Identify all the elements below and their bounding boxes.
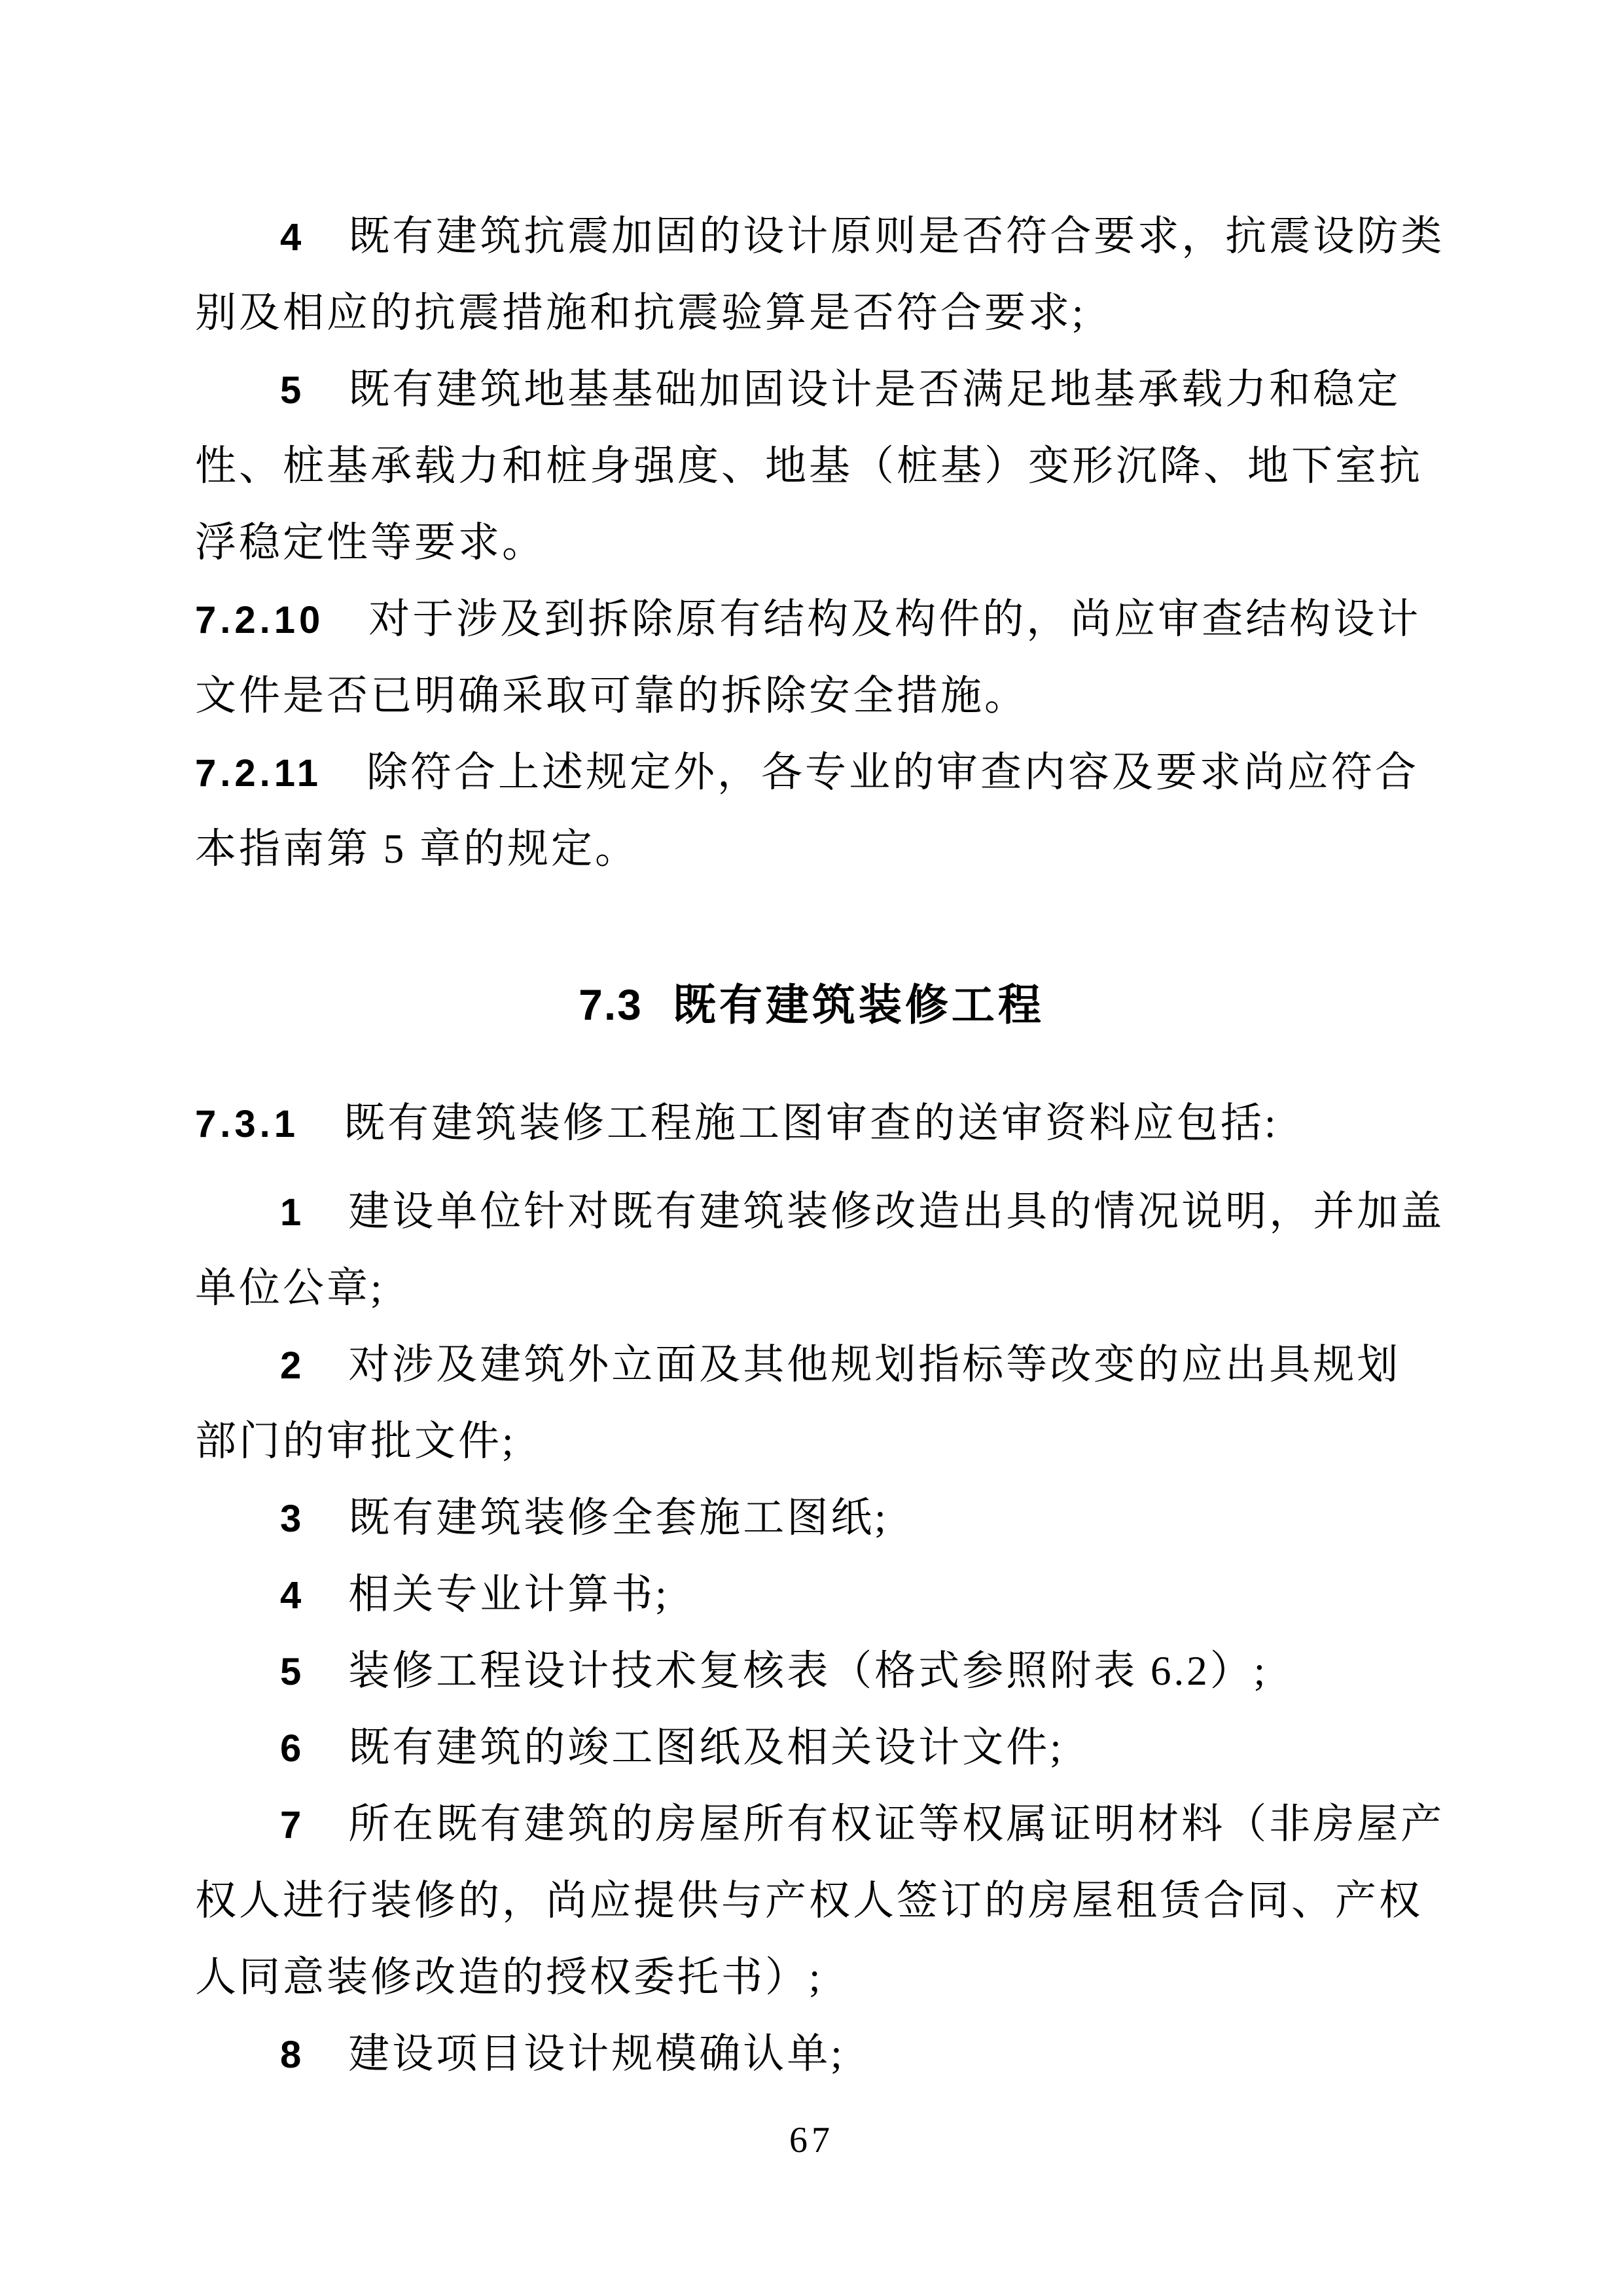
clause-item-5-line-3: 浮稳定性等要求。: [195, 522, 546, 564]
list-item-7-line-2: 权人进行装修的，尚应提供与产权人签订的房屋租赁合同、产权: [195, 1880, 1423, 1922]
item-number: 4: [280, 1577, 301, 1615]
page-number: 67: [0, 2122, 1623, 2159]
line-text: 人同意装修改造的授权委托书）;: [195, 1954, 823, 2000]
list-item-1-line-2: 单位公章;: [195, 1268, 385, 1309]
list-item-2-line-2: 部门的审批文件;: [195, 1421, 516, 1462]
list-item-2-line-1: 2对涉及建筑外立面及其他规划指标等改变的应出具规划: [280, 1344, 1400, 1386]
line-text: 对涉及建筑外立面及其他规划指标等改变的应出具规划: [348, 1342, 1400, 1388]
item-number: 4: [280, 219, 301, 257]
item-number: 5: [280, 1653, 301, 1691]
clause-item-5-line-1: 5既有建筑地基基础加固设计是否满足地基承载力和稳定: [280, 369, 1400, 410]
line-text: 浮稳定性等要求。: [195, 520, 546, 565]
line-text: 除符合上述规定外，各专业的审查内容及要求尚应符合: [366, 749, 1419, 795]
section-heading-title: 既有建筑装修工程: [673, 980, 1044, 1029]
line-text: 建设项目设计规模确认单;: [348, 2031, 845, 2077]
line-text: 性、桩基承载力和桩身强度、地基（桩基）变形沉降、地下室抗: [195, 443, 1423, 489]
list-item-7-line-1: 7所在既有建筑的房屋所有权证等权属证明材料（非房屋产: [280, 1804, 1444, 1845]
clause-number: 7.3.1: [195, 1105, 299, 1143]
item-number: 6: [280, 1730, 301, 1768]
list-item-5: 5装修工程设计技术复核表（格式参照附表 6.2）;: [280, 1651, 1268, 1692]
list-item-8: 8建设项目设计规模确认单;: [280, 2034, 845, 2075]
line-text: 装修工程设计技术复核表（格式参照附表 6.2）;: [348, 1648, 1268, 1694]
document-page: 4既有建筑抗震加固的设计原则是否符合要求，抗震设防类 别及相应的抗震措施和抗震验…: [0, 0, 1623, 2296]
item-number: 2: [280, 1347, 301, 1385]
line-text: 既有建筑抗震加固的设计原则是否符合要求，抗震设防类: [348, 213, 1444, 259]
line-text: 既有建筑的竣工图纸及相关设计文件;: [348, 1725, 1064, 1770]
clause-number: 7.2.11: [195, 755, 322, 793]
line-text: 建设单位针对既有建筑装修改造出具的情况说明，并加盖: [348, 1189, 1444, 1234]
section-heading: 7.3既有建筑装修工程: [0, 983, 1623, 1026]
clause-7-2-10-line-2: 文件是否已明确采取可靠的拆除安全措施。: [195, 675, 1028, 717]
line-text: 文件是否已明确采取可靠的拆除安全措施。: [195, 673, 1028, 719]
line-text: 既有建筑地基基础加固设计是否满足地基承载力和稳定: [348, 367, 1400, 412]
item-number: 7: [280, 1806, 301, 1844]
item-number: 3: [280, 1500, 301, 1538]
list-item-7-line-3: 人同意装修改造的授权委托书）;: [195, 1957, 823, 1998]
list-item-1-line-1: 1建设单位针对既有建筑装修改造出具的情况说明，并加盖: [280, 1191, 1444, 1232]
clause-item-5-line-2: 性、桩基承载力和桩身强度、地基（桩基）变形沉降、地下室抗: [195, 446, 1423, 487]
line-text: 权人进行装修的，尚应提供与产权人签订的房屋租赁合同、产权: [195, 1878, 1423, 1924]
line-text: 对于涉及到拆除原有结构及构件的，尚应审查结构设计: [368, 596, 1421, 642]
line-text: 本指南第 5 章的规定。: [195, 826, 639, 872]
line-text: 部门的审批文件;: [195, 1418, 516, 1464]
section-heading-number: 7.3: [579, 980, 643, 1029]
line-text: 别及相应的抗震措施和抗震验算是否符合要求;: [195, 290, 1086, 336]
line-text: 所在既有建筑的房屋所有权证等权属证明材料（非房屋产: [348, 1801, 1444, 1847]
clause-7-2-11-line-1: 7.2.11除符合上述规定外，各专业的审查内容及要求尚应符合: [195, 752, 1419, 793]
item-number: 1: [280, 1194, 301, 1232]
item-number: 5: [280, 372, 301, 410]
line-text: 既有建筑装修全套施工图纸;: [348, 1495, 889, 1541]
line-text: 单位公章;: [195, 1265, 385, 1311]
clause-7-2-10-line-1: 7.2.10对于涉及到拆除原有结构及构件的，尚应审查结构设计: [195, 599, 1421, 640]
clause-item-4-line-2: 别及相应的抗震措施和抗震验算是否符合要求;: [195, 293, 1086, 334]
item-number: 8: [280, 2036, 301, 2074]
clause-7-2-11-line-2: 本指南第 5 章的规定。: [195, 829, 639, 870]
clause-number: 7.2.10: [195, 601, 324, 639]
list-item-3: 3既有建筑装修全套施工图纸;: [280, 1498, 889, 1539]
list-item-6: 6既有建筑的竣工图纸及相关设计文件;: [280, 1727, 1064, 1768]
line-text: 相关专业计算书;: [348, 1571, 669, 1617]
clause-7-3-1-line: 7.3.1既有建筑装修工程施工图审查的送审资料应包括:: [195, 1103, 1279, 1144]
line-text: 既有建筑装修工程施工图审查的送审资料应包括:: [344, 1100, 1279, 1146]
clause-item-4-line-1: 4既有建筑抗震加固的设计原则是否符合要求，抗震设防类: [280, 216, 1444, 257]
list-item-4: 4相关专业计算书;: [280, 1574, 669, 1615]
